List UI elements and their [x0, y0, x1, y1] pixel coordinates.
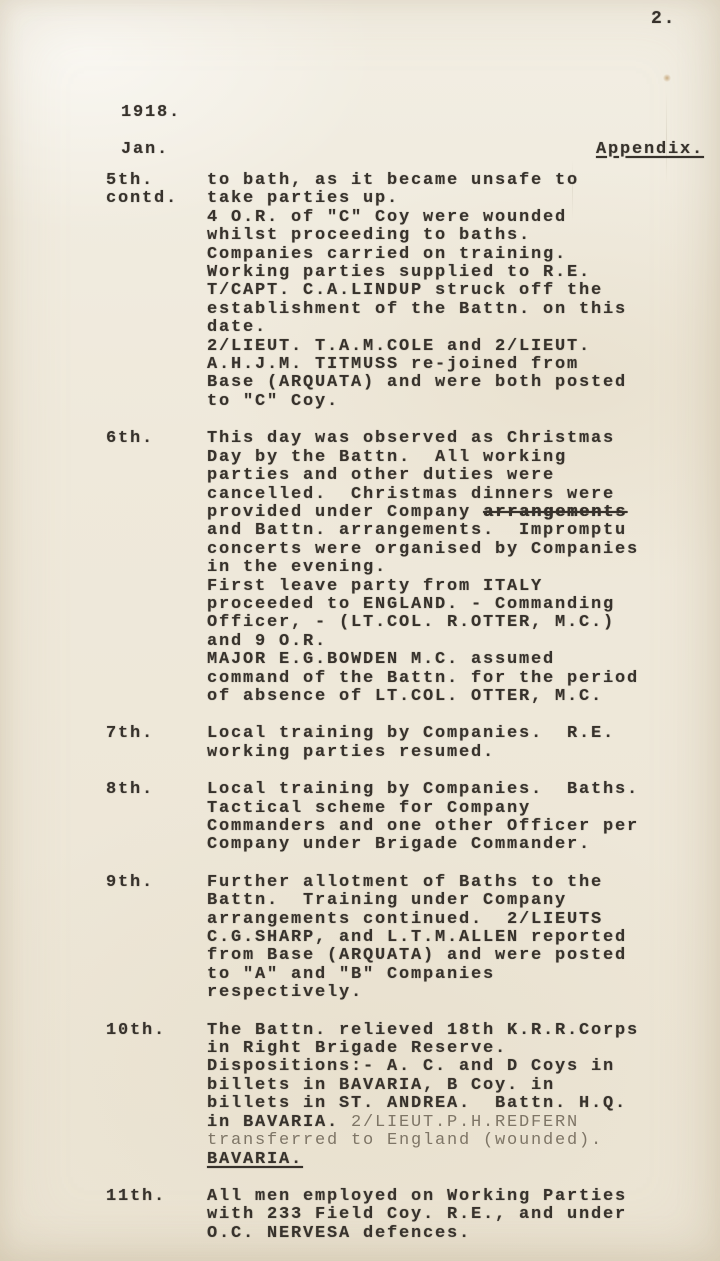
entry-line: to "C" Coy. [207, 393, 686, 411]
entry-segment: Tactical scheme for Company [207, 799, 531, 818]
entry-line: of absence of LT.COL. OTTER, M.C. [207, 688, 686, 706]
entry-line: to bath, as it became unsafe to [207, 172, 686, 190]
entry-text: Local training by Companies. Baths.Tacti… [207, 781, 686, 855]
entry-line: This day was observed as Christmas [207, 430, 686, 448]
entry-line: 2/LIEUT. T.A.M.COLE and 2/LIEUT. [207, 338, 686, 356]
entry-line: MAJOR E.G.BOWDEN M.C. assumed [207, 651, 686, 669]
entry-segment: billets in BAVARIA, B Coy. in [207, 1076, 555, 1095]
diary-entry: 9th.Further allotment of Baths to theBat… [106, 874, 686, 1003]
entry-date: 10th. [106, 1022, 207, 1040]
entry-line: 4 O.R. of "C" Coy were wounded [207, 209, 686, 227]
diary-entry: 7th.Local training by Companies. R.E.wor… [106, 725, 686, 762]
entry-segment-faded: transferred to England (wounded). [207, 1131, 603, 1150]
diary-entry: 11th.All men employed on Working Parties… [106, 1188, 686, 1243]
entry-segment: whilst proceeding to baths. [207, 226, 531, 245]
entry-line: whilst proceeding to baths. [207, 227, 686, 245]
entry-line: Dispositions:- A. C. and D Coys in [207, 1058, 686, 1076]
entry-segment: O.C. NERVESA defences. [207, 1224, 471, 1243]
entry-segment: 4 O.R. of "C" Coy were wounded [207, 208, 567, 227]
entry-segment: and 9 O.R. [207, 632, 327, 651]
entry-segment: from Base (ARQUATA) and were posted [207, 946, 627, 965]
entry-line: from Base (ARQUATA) and were posted [207, 947, 686, 965]
entry-line: transferred to England (wounded). [207, 1132, 686, 1150]
entry-segment: Company under Brigade Commander. [207, 835, 591, 854]
entry-line: respectively. [207, 984, 686, 1002]
entry-line: provided under Company arrangements [207, 504, 686, 522]
document-page: 2. 1918. Jan. Appendix. 5th.contd.to bat… [0, 0, 720, 1261]
entry-segment: First leave party from ITALY [207, 577, 543, 596]
diary-entry: 5th.contd.to bath, as it became unsafe t… [106, 172, 686, 411]
entry-text: Local training by Companies. R.E.working… [207, 725, 686, 762]
entry-date: 11th. [106, 1188, 207, 1206]
entry-line: O.C. NERVESA defences. [207, 1225, 686, 1243]
entry-segment: in BAVARIA. [207, 1113, 351, 1132]
entry-segment: All men employed on Working Parties [207, 1187, 627, 1206]
entry-segment: proceeded to ENGLAND. - Commanding [207, 595, 615, 614]
entry-segment: in the evening. [207, 558, 387, 577]
entry-segment: Day by the Battn. All working [207, 448, 567, 467]
entry-segment: to bath, as it became unsafe to [207, 171, 579, 190]
entry-text: Further allotment of Baths to theBattn. … [207, 874, 686, 1003]
diary-entry: 8th.Local training by Companies. Baths.T… [106, 781, 686, 855]
entry-segment: respectively. [207, 983, 363, 1002]
entry-segment: date. [207, 318, 267, 337]
entry-segment: to "C" Coy. [207, 392, 339, 411]
entry-segment: T/CAPT. C.A.LINDUP struck off the [207, 281, 603, 300]
entry-segment: parties and other duties were [207, 466, 555, 485]
entry-line: C.G.SHARP, and L.T.M.ALLEN reported [207, 929, 686, 947]
entry-line: First leave party from ITALY [207, 578, 686, 596]
month-row: Jan. Appendix. [121, 140, 704, 159]
month-label: Jan. [121, 140, 169, 159]
entry-segment: Companies carried on training. [207, 245, 567, 264]
entry-line: Battn. Training under Company [207, 892, 686, 910]
entry-text: This day was observed as ChristmasDay by… [207, 430, 686, 706]
entry-line: to "A" and "B" Companies [207, 966, 686, 984]
entry-line: establishment of the Battn. on this [207, 301, 686, 319]
entry-date: 7th. [106, 725, 207, 743]
entry-segment: This day was observed as Christmas [207, 429, 615, 448]
entry-line: take parties up. [207, 190, 686, 208]
entry-date: 6th. [106, 430, 207, 448]
entry-line: Day by the Battn. All working [207, 449, 686, 467]
entry-line: in the evening. [207, 559, 686, 577]
entry-line: Company under Brigade Commander. [207, 836, 686, 854]
entry-segment: billets in ST. ANDREA. Battn. H.Q. [207, 1094, 627, 1113]
entry-segment-uline: BAVARIA. [207, 1150, 303, 1169]
entry-line: Local training by Companies. R.E. [207, 725, 686, 743]
entry-segment-faded: 2/LIEUT.P.H.REDFERN [351, 1113, 579, 1132]
entry-line: Officer, - (LT.COL. R.OTTER, M.C.) [207, 614, 686, 632]
entry-segment: command of the Battn. for the period [207, 669, 639, 688]
entry-segment: Battn. Training under Company [207, 891, 567, 910]
entry-date: 9th. [106, 874, 207, 892]
entry-line: date. [207, 319, 686, 337]
entry-line: Commanders and one other Officer per [207, 818, 686, 836]
entry-line: All men employed on Working Parties [207, 1188, 686, 1206]
entry-line: concerts were organised by Companies [207, 541, 686, 559]
entry-line: Local training by Companies. Baths. [207, 781, 686, 799]
entry-line: billets in BAVARIA, B Coy. in [207, 1077, 686, 1095]
entry-segment: and Battn. arrangements. Impromptu [207, 521, 627, 540]
entry-segment: working parties resumed. [207, 743, 495, 762]
entry-segment: Local training by Companies. Baths. [207, 780, 639, 799]
entry-segment: The Battn. relieved 18th K.R.R.Corps [207, 1021, 639, 1040]
entry-text: to bath, as it became unsafe totake part… [207, 172, 686, 411]
year-heading: 1918. [121, 103, 181, 122]
entry-segment: C.G.SHARP, and L.T.M.ALLEN reported [207, 928, 627, 947]
entry-segment: cancelled. Christmas dinners were [207, 485, 615, 504]
entry-segment: of absence of LT.COL. OTTER, M.C. [207, 687, 603, 706]
entry-line: A.H.J.M. TITMUSS re-joined from [207, 356, 686, 374]
entry-line: in Right Brigade Reserve. [207, 1040, 686, 1058]
paper-crease [666, 92, 667, 184]
entry-segment-struck: arrangements [483, 503, 627, 522]
entry-segment: MAJOR E.G.BOWDEN M.C. assumed [207, 650, 555, 669]
diary-entries: 5th.contd.to bath, as it became unsafe t… [106, 172, 686, 1261]
entry-segment: A.H.J.M. TITMUSS re-joined from [207, 355, 579, 374]
foxing-spot [663, 74, 671, 82]
entry-segment: Base (ARQUATA) and were both posted [207, 373, 627, 392]
entry-segment: provided under Company [207, 503, 483, 522]
diary-entry: 6th.This day was observed as ChristmasDa… [106, 430, 686, 706]
entry-segment: Further allotment of Baths to the [207, 873, 603, 892]
entry-line: cancelled. Christmas dinners were [207, 486, 686, 504]
entry-line: proceeded to ENGLAND. - Commanding [207, 596, 686, 614]
entry-text: The Battn. relieved 18th K.R.R.Corpsin R… [207, 1022, 686, 1169]
entry-segment: to "A" and "B" Companies [207, 965, 495, 984]
entry-line: parties and other duties were [207, 467, 686, 485]
entry-segment: in Right Brigade Reserve. [207, 1039, 507, 1058]
entry-line: in BAVARIA. 2/LIEUT.P.H.REDFERN [207, 1114, 686, 1132]
entry-line: The Battn. relieved 18th K.R.R.Corps [207, 1022, 686, 1040]
entry-line: with 233 Field Coy. R.E., and under [207, 1206, 686, 1224]
entry-line: Companies carried on training. [207, 246, 686, 264]
entry-line: Working parties supplied to R.E. [207, 264, 686, 282]
entry-segment: Commanders and one other Officer per [207, 817, 639, 836]
entry-line: and 9 O.R. [207, 633, 686, 651]
diary-entry: 10th.The Battn. relieved 18th K.R.R.Corp… [106, 1022, 686, 1169]
entry-line: Further allotment of Baths to the [207, 874, 686, 892]
entry-segment: concerts were organised by Companies [207, 540, 639, 559]
entry-segment: Dispositions:- A. C. and D Coys in [207, 1057, 615, 1076]
entry-segment: Working parties supplied to R.E. [207, 263, 591, 282]
entry-segment: Local training by Companies. R.E. [207, 724, 615, 743]
entry-line: working parties resumed. [207, 744, 686, 762]
entry-date: 5th.contd. [106, 172, 207, 209]
entry-date: 8th. [106, 781, 207, 799]
entry-line: and Battn. arrangements. Impromptu [207, 522, 686, 540]
entry-line: Base (ARQUATA) and were both posted [207, 374, 686, 392]
entry-line: command of the Battn. for the period [207, 670, 686, 688]
page-number: 2. [651, 9, 676, 29]
appendix-heading: Appendix. [596, 140, 704, 159]
entry-line: arrangements continued. 2/LIEUTS [207, 911, 686, 929]
entry-line: T/CAPT. C.A.LINDUP struck off the [207, 282, 686, 300]
entry-line: BAVARIA. [207, 1151, 686, 1169]
entry-segment: with 233 Field Coy. R.E., and under [207, 1205, 627, 1224]
entry-segment: Officer, - (LT.COL. R.OTTER, M.C.) [207, 613, 615, 632]
entry-text: All men employed on Working Partieswith … [207, 1188, 686, 1243]
entry-line: Tactical scheme for Company [207, 800, 686, 818]
entry-segment: establishment of the Battn. on this [207, 300, 627, 319]
entry-segment: take parties up. [207, 189, 399, 208]
entry-segment: 2/LIEUT. T.A.M.COLE and 2/LIEUT. [207, 337, 591, 356]
entry-segment: arrangements continued. 2/LIEUTS [207, 910, 603, 929]
entry-line: billets in ST. ANDREA. Battn. H.Q. [207, 1095, 686, 1113]
